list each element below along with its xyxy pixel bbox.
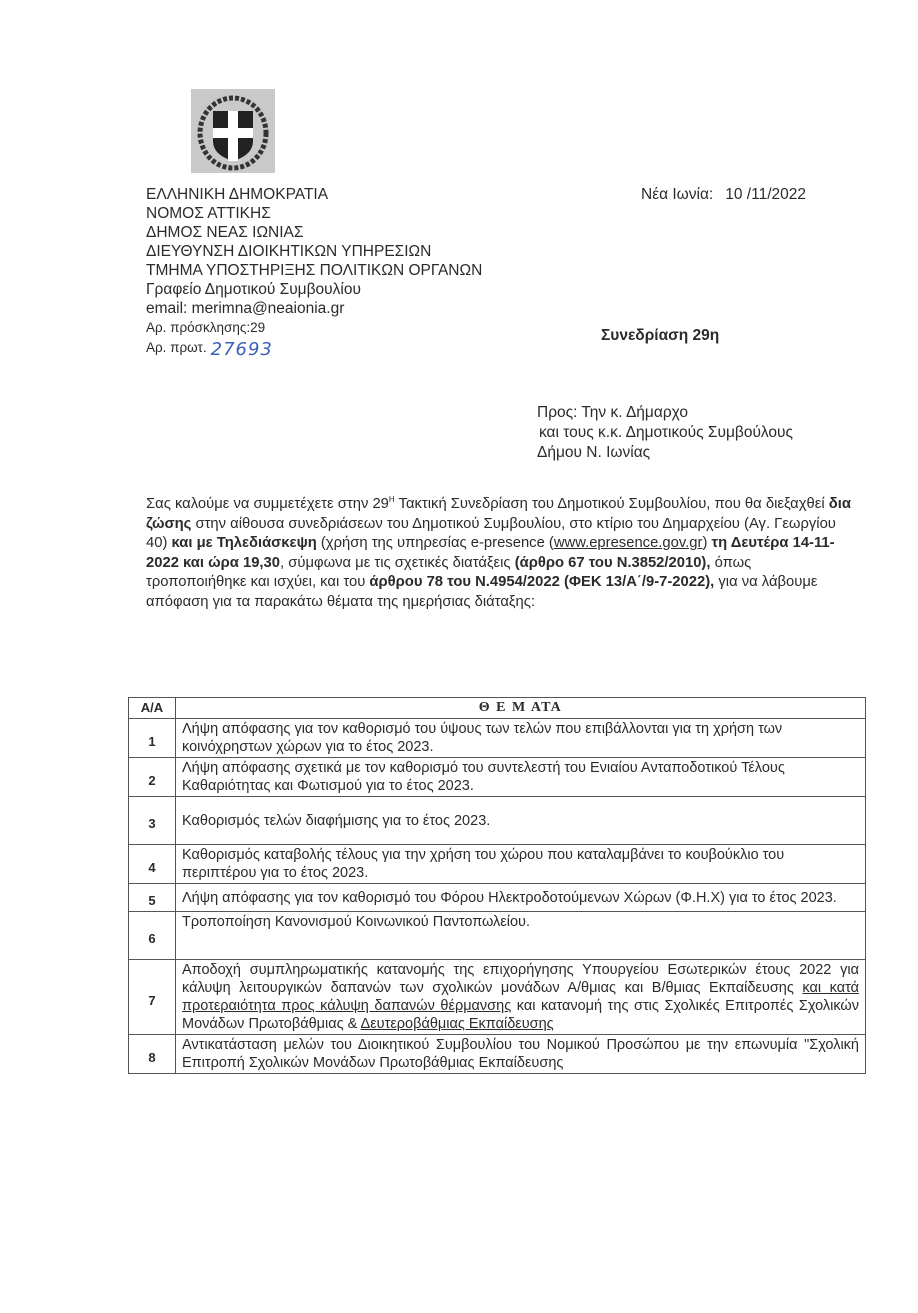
row-number: 5 <box>129 884 176 912</box>
row-number: 7 <box>129 960 176 1035</box>
greek-coat-of-arms-icon <box>191 89 275 173</box>
bold-text: άρθρου 78 του Ν.4954/2022 (ΦΕΚ 13/Α΄/9-7… <box>369 574 714 590</box>
header-line: ΤΜΗΜΑ ΥΠΟΣΤΗΡΙΞΗΣ ΠΟΛΙΤΙΚΩΝ ΟΡΓΑΝΩΝ <box>146 261 482 280</box>
row-number: 8 <box>129 1035 176 1074</box>
header-line: ΝΟΜΟΣ ΑΤΤΙΚΗΣ <box>146 204 482 223</box>
protocol-label: Αρ. πρωτ. <box>146 340 207 355</box>
text: Αποδοχή συμπληρωματικής κατανομής της επ… <box>182 962 859 996</box>
text: Σας καλούμε να συμμετέχετε στην 29 <box>146 496 389 512</box>
table-header-row: Α/Α Θ Ε Μ ΑΤΑ <box>129 698 866 719</box>
sender-header: ΕΛΛΗΝΙΚΗ ΔΗΜΟΚΡΑΤΙΑ ΝΟΜΟΣ ΑΤΤΙΚΗΣ ΔΗΜΟΣ … <box>146 185 482 357</box>
recipient-line: Προς: Την κ. Δήμαρχο <box>537 403 793 423</box>
agenda-table: Α/Α Θ Ε Μ ΑΤΑ 1 Λήψη απόφασης για τον κα… <box>128 697 866 1074</box>
table-row: 1 Λήψη απόφασης για τον καθορισμό του ύψ… <box>129 719 866 758</box>
recipient-line: Δήμου Ν. Ιωνίας <box>537 443 793 463</box>
place: Νέα Ιωνία: <box>641 186 713 203</box>
row-number: 6 <box>129 912 176 960</box>
recipient-line: και τους κ.κ. Δημοτικούς Συμβούλους <box>537 423 793 443</box>
row-topic: Καθορισμός τελών διαφήμισης για το έτος … <box>176 797 866 845</box>
text: Τακτική Συνεδρίαση του Δημοτικού Συμβουλ… <box>395 496 829 512</box>
protocol-number-handwritten: 27693 <box>211 339 273 360</box>
row-topic: Αποδοχή συμπληρωματικής κατανομής της επ… <box>176 960 866 1035</box>
header-line: ΔΗΜΟΣ ΝΕΑΣ ΙΩΝΙΑΣ <box>146 223 482 242</box>
table-row: 4 Καθορισμός καταβολής τέλους για την χρ… <box>129 845 866 884</box>
underlined-text: Δευτεροβάθμιας Εκπαίδευσης <box>361 1016 554 1032</box>
column-header-number: Α/Α <box>129 698 176 719</box>
invitation-number: Αρ. πρόσκλησης:29 <box>146 318 482 337</box>
bold-text: (άρθρο 67 του Ν.3852/2010), <box>515 555 711 571</box>
table-row: 8 Αντικατάσταση μελών του Διοικητικού Συ… <box>129 1035 866 1074</box>
table-row: 2 Λήψη απόφασης σχετικά με τον καθορισμό… <box>129 758 866 797</box>
recipients: Προς: Την κ. Δήμαρχο και τους κ.κ. Δημοτ… <box>537 403 793 463</box>
invitation-paragraph: Σας καλούμε να συμμετέχετε στην 29Η Τακτ… <box>146 490 852 612</box>
row-topic: Λήψη απόφασης σχετικά με τον καθορισμό τ… <box>176 758 866 797</box>
row-number: 4 <box>129 845 176 884</box>
bold-text: και με Τηλεδιάσκεψη <box>172 535 317 551</box>
header-line: ΕΛΛΗΝΙΚΗ ΔΗΜΟΚΡΑΤΙΑ <box>146 185 482 204</box>
table-row: 6 Τροποποίηση Κανονισμού Κοινωνικού Παντ… <box>129 912 866 960</box>
table-row: 3 Καθορισμός τελών διαφήμισης για το έτο… <box>129 797 866 845</box>
epresence-link[interactable]: www.epresence.gov.gr <box>554 535 703 551</box>
row-number: 3 <box>129 797 176 845</box>
row-topic: Καθορισμός καταβολής τέλους για την χρήσ… <box>176 845 866 884</box>
coat-of-arms-emblem <box>191 89 275 173</box>
row-topic: Λήψη απόφασης για τον καθορισμό του ύψου… <box>176 719 866 758</box>
row-topic: Λήψη απόφασης για τον καθορισμό του Φόρο… <box>176 884 866 912</box>
text: (χρήση της υπηρεσίας e-presence ( <box>317 535 554 551</box>
column-header-topics: Θ Ε Μ ΑΤΑ <box>176 698 866 719</box>
row-topic: Αντικατάσταση μελών του Διοικητικού Συμβ… <box>176 1035 866 1074</box>
table-row: 7 Αποδοχή συμπληρωματικής κατανομής της … <box>129 960 866 1035</box>
session-title: Συνεδρίαση 29η <box>601 327 719 345</box>
row-topic: Τροποποίηση Κανονισμού Κοινωνικού Παντοπ… <box>176 912 866 960</box>
email-line: email: merimna@neaionia.gr <box>146 299 482 318</box>
header-line: Γραφείο Δημοτικού Συμβουλίου <box>146 280 482 299</box>
row-number: 2 <box>129 758 176 797</box>
date: 10 /11/2022 <box>725 186 806 203</box>
place-date: Νέα Ιωνία:10 /11/2022 <box>641 186 806 204</box>
protocol-number-row: Αρ. πρωτ.27693 <box>146 337 482 357</box>
table-row: 5 Λήψη απόφασης για τον καθορισμό του Φό… <box>129 884 866 912</box>
row-number: 1 <box>129 719 176 758</box>
header-line: ΔΙΕΥΘΥΝΣΗ ΔΙΟΙΚΗΤΙΚΩΝ ΥΠΗΡΕΣΙΩΝ <box>146 242 482 261</box>
text: , σύμφωνα με τις σχετικές διατάξεις <box>280 555 515 571</box>
